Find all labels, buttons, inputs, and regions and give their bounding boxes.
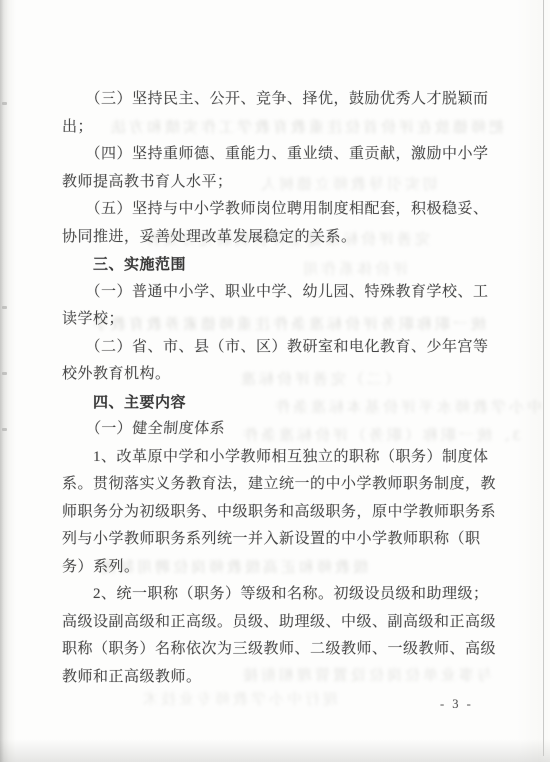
page-edge-right [543, 0, 544, 756]
scan-edge-mark [2, 372, 7, 375]
subsection-heading-system: （一）健全制度体系 [61, 416, 509, 444]
list-item-principle-3: （三）坚持民主、公开、竞争、择优，鼓励优秀人才脱颖而 出； [62, 86, 508, 141]
scan-edge-mark [2, 428, 7, 431]
body-paragraph-1: 1、改革原中学和小学教师相互独立的职称（职务）制度体 系。贯彻落实义务教育法，建… [62, 444, 508, 582]
scan-edge-mark [2, 102, 7, 105]
section-heading-scope: 三、实施范围 [62, 251, 508, 279]
section-heading-content: 四、主要内容 [62, 389, 508, 417]
scan-edge-mark [2, 306, 7, 309]
body-paragraph-2: 2、统一职称（职务）等级和名称。初级设员级和助理级； 高级设副高级和正高级。员级… [62, 581, 508, 691]
list-item-scope-1: （一）普通中小学、职业中学、幼儿园、特殊教育学校、工 读学校； [62, 279, 508, 334]
page-number: - 3 - [440, 697, 473, 712]
list-item-scope-2: （二）省、市、县（市、区）教研室和电化教育、少年宫等 校外教育机构。 [62, 334, 508, 389]
list-item-principle-4: （四）坚持重师德、重能力、重业绩、重贡献，激励中小学 教师提高教书育人水平； [62, 141, 508, 196]
list-item-principle-5: （五）坚持与中小学教师岗位聘用制度相配套，积极稳妥、 协同推进，妥善处理改革发展… [62, 196, 508, 251]
document-body: （三）坚持民主、公开、竞争、择优，鼓励优秀人才脱颖而 出； （四）坚持重师德、重… [62, 86, 508, 691]
